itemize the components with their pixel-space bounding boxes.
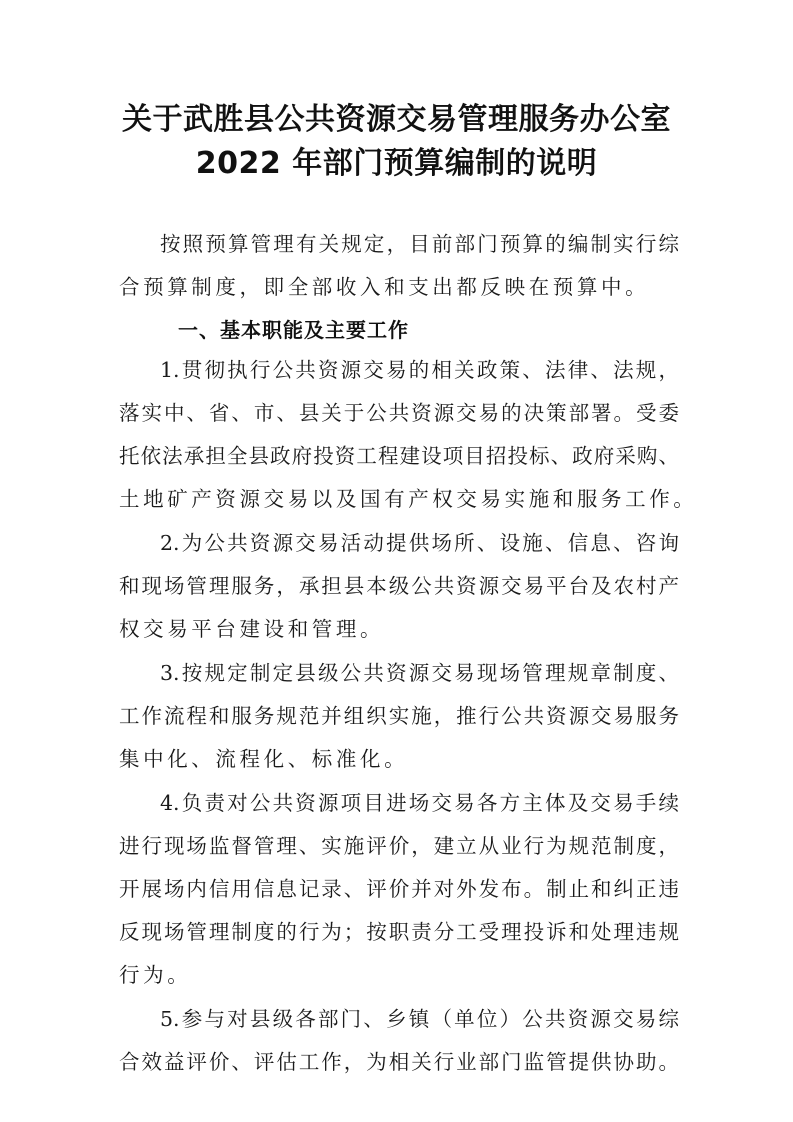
- paragraph-line: 反现场管理制度的行为；按职责分工受理投诉和处理违规: [119, 917, 679, 947]
- section-heading: 一、基本职能及主要工作: [178, 315, 409, 345]
- document-title-line-1: 关于武胜县公共资源交易管理服务办公室: [0, 102, 793, 138]
- paragraph-line: 5.参与对县级各部门、乡镇（单位）公共资源交易综: [160, 1004, 679, 1034]
- paragraph-line: 土地矿产资源交易以及国有产权交易实施和服务工作。: [119, 484, 679, 514]
- paragraph-line: 进行现场监督管理、实施评价，建立从业行为规范制度，: [119, 831, 679, 861]
- paragraph-line: 工作流程和服务规范并组织实施，推行公共资源交易服务: [119, 701, 679, 731]
- document-page: 关于武胜县公共资源交易管理服务办公室 2022 年部门预算编制的说明 按照预算管…: [0, 0, 793, 1122]
- paragraph-line: 按照预算管理有关规定，目前部门预算的编制实行综: [160, 229, 679, 259]
- paragraph-line: 落实中、省、市、县关于公共资源交易的决策部署。受委: [119, 398, 679, 428]
- paragraph-line: 合预算制度，即全部收入和支出都反映在预算中。: [119, 272, 679, 302]
- paragraph-line: 开展场内信用信息记录、评价并对外发布。制止和纠正违: [119, 874, 679, 904]
- paragraph-line: 行为。: [119, 960, 679, 990]
- paragraph-line: 合效益评价、评估工作，为相关行业部门监管提供协助。: [119, 1047, 679, 1077]
- paragraph-line: 权交易平台建设和管理。: [119, 614, 679, 644]
- paragraph-line: 托依法承担全县政府投资工程建设项目招投标、政府采购、: [119, 441, 679, 471]
- paragraph-line: 4.负责对公共资源项目进场交易各方主体及交易手续: [160, 788, 679, 818]
- document-title-line-2: 2022 年部门预算编制的说明: [0, 146, 793, 182]
- paragraph-line: 1.贯彻执行公共资源交易的相关政策、法律、法规，: [160, 355, 679, 385]
- paragraph-line: 2.为公共资源交易活动提供场所、设施、信息、咨询: [160, 528, 679, 558]
- paragraph-line: 集中化、流程化、标准化。: [119, 744, 679, 774]
- paragraph-line: 3.按规定制定县级公共资源交易现场管理规章制度、: [160, 658, 679, 688]
- paragraph-line: 和现场管理服务，承担县本级公共资源交易平台及农村产: [119, 571, 679, 601]
